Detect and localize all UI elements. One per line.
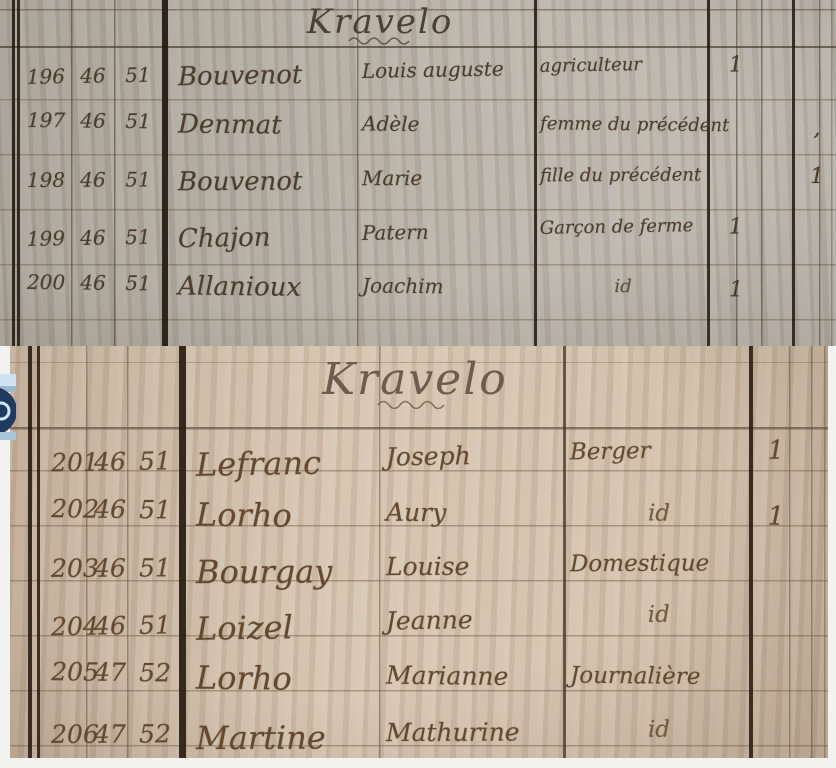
cell-num: 198 [20,168,72,192]
cell-c2: 47 [90,658,130,687]
cell-c2: 46 [72,225,114,250]
register-row: 1984651BouvenotMariefille du précédent1 [0,164,836,210]
cell-occupation: id [570,716,748,743]
cell-surname: Martine [196,718,378,757]
cell-c2: 46 [72,270,114,294]
register-row: 1974651DenmatAdèlefemme du précédent, [0,108,836,159]
page-title: Kravelo [305,354,525,409]
cell-firstname: Louise [386,551,562,581]
register-row: 2004651AllaniouxJoachimid1 [0,270,836,321]
register-photo-bottom: Kravelo 2014651LefrancJosephBerger120246… [10,346,828,758]
register-row: 2064752MartineMathurineid [10,716,828,758]
cell-occupation: Journalière [570,663,748,691]
cell-c3: 51 [114,271,162,296]
steam-icon[interactable] [0,374,16,440]
cell-occupation: id [540,275,706,298]
cell-c3: 51 [130,495,180,525]
cell-tally: 1 [708,214,764,240]
cell-surname: Lefranc [196,443,379,484]
cell-surname: Loizel [196,607,379,648]
cell-surname: Bouvenot [178,166,356,197]
cell-occupation: Domestique [570,550,748,577]
cell-occupation: agriculteur [540,53,706,77]
cell-firstname: Jeanne [386,604,562,636]
cell-c2: 46 [90,495,130,524]
cell-surname: Lorho [196,496,378,536]
cell-c2: 46 [90,554,130,583]
cell-c3: 51 [114,167,162,191]
cell-occupation: femme du précédent [540,113,706,136]
cell-num: 200 [20,270,72,295]
cell-tally2: , [800,116,834,141]
cell-num: 196 [20,64,72,89]
cell-firstname: Mathurine [386,717,562,747]
register-row: 1964651BouvenotLouis augusteagriculteur1 [0,51,836,108]
cell-surname: Denmat [178,109,356,141]
cell-firstname: Louis auguste [362,56,532,83]
cell-c3: 51 [114,224,162,249]
cell-c2: 46 [90,611,131,641]
cell-c3: 52 [130,719,180,748]
cell-surname: Chajon [178,221,356,254]
cell-firstname: Marianne [386,661,562,692]
cell-firstname: Aury [386,498,562,529]
cell-tally: 1 [708,277,764,303]
register-row: 2014651LefrancJosephBerger1 [10,435,828,491]
cell-occupation: fille du précédent [540,164,706,186]
cell-c2: 47 [90,720,130,749]
hamlet-name: Kravelo [307,2,454,42]
cell-firstname: Adèle [362,111,532,137]
cell-occupation: Berger [570,436,748,465]
cell-num: 197 [20,108,72,133]
register-row: 2024651LorhoAuryid1 [10,494,828,545]
cell-tally: 1 [758,502,794,532]
cell-c3: 51 [114,109,162,134]
cell-surname: Bourgay [196,552,378,591]
hamlet-name: Kravelo [322,354,508,405]
cell-c3: 52 [130,658,180,688]
register-row: 2044651LoizelJeanneid [10,599,828,655]
cell-c3: 51 [130,553,180,582]
register-row: 1994651ChajonPaternGarçon de ferme1 [0,213,836,270]
register-photo-top: Kravelo 1964651BouvenotLouis augusteagri… [0,0,836,346]
cell-tally: 1 [758,435,795,466]
cell-c2: 46 [72,168,114,192]
cell-occupation: id [570,600,748,629]
cell-surname: Lorho [196,659,378,699]
cell-firstname: Patern [362,218,532,245]
cell-num: 199 [20,226,72,251]
cell-c2: 46 [72,63,114,88]
cell-c3: 51 [114,62,162,87]
cell-firstname: Joseph [386,440,562,472]
cell-occupation: id [570,500,748,528]
register-row: 2054752LorhoMarianneJournalière [10,657,828,708]
cell-c3: 51 [130,610,180,640]
cell-surname: Allanioux [178,271,356,303]
cell-tally: 1 [708,52,764,78]
cell-firstname: Marie [362,165,532,190]
register-row: 2034651BourgayLouiseDomestique [10,550,828,596]
cell-tally2: 1 [800,164,834,189]
cell-surname: Bouvenot [178,59,356,92]
cell-c2: 46 [90,447,131,477]
page-title: Kravelo [290,2,470,45]
cell-occupation: Garçon de ferme [540,215,706,239]
cell-firstname: Joachim [362,273,532,299]
cell-c2: 46 [72,108,114,132]
cell-c3: 51 [130,446,180,476]
